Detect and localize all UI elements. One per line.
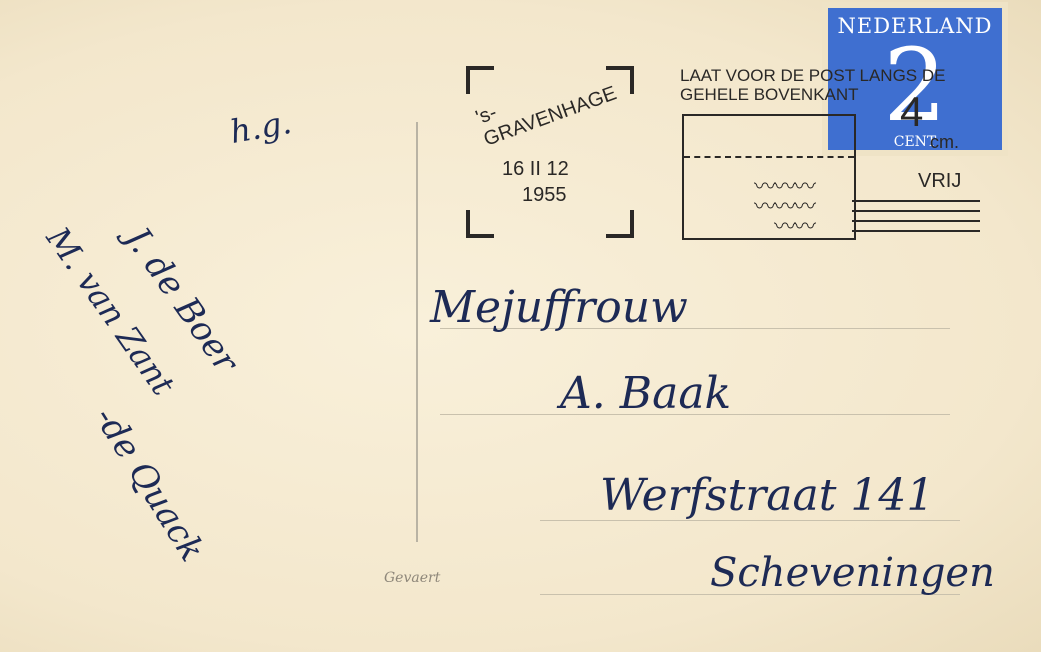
postmark-city: 's-GRAVENHAGE xyxy=(473,54,637,151)
sender-line-4: -de Quack xyxy=(86,400,212,569)
recipient-city: Scheveningen xyxy=(710,550,995,596)
tariff-unit: cm. xyxy=(930,132,959,153)
free-text: VRIJ xyxy=(918,170,961,193)
envelope-pictogram: 〰〰〰 〰〰〰 〰〰 xyxy=(682,114,856,240)
recipient-salutation: Mejuffrouw xyxy=(430,282,688,333)
recipient-street: Werfstraat 141 xyxy=(600,470,934,521)
postmark-year: 1955 xyxy=(522,184,567,207)
publisher-mark: Gevaert xyxy=(384,570,440,586)
recipient-name: A. Baak xyxy=(560,368,731,419)
tariff-number: 4 xyxy=(900,88,923,136)
postmark-date: 16 II 12 xyxy=(502,158,569,181)
sender-line-1: h.g. xyxy=(227,103,294,151)
postcard: NEDERLAND 2 CENT 's-GRAVENHAGE 16 II 12 … xyxy=(0,0,1041,652)
postmark: 's-GRAVENHAGE 16 II 12 1955 xyxy=(466,66,634,238)
center-divider xyxy=(416,122,418,542)
